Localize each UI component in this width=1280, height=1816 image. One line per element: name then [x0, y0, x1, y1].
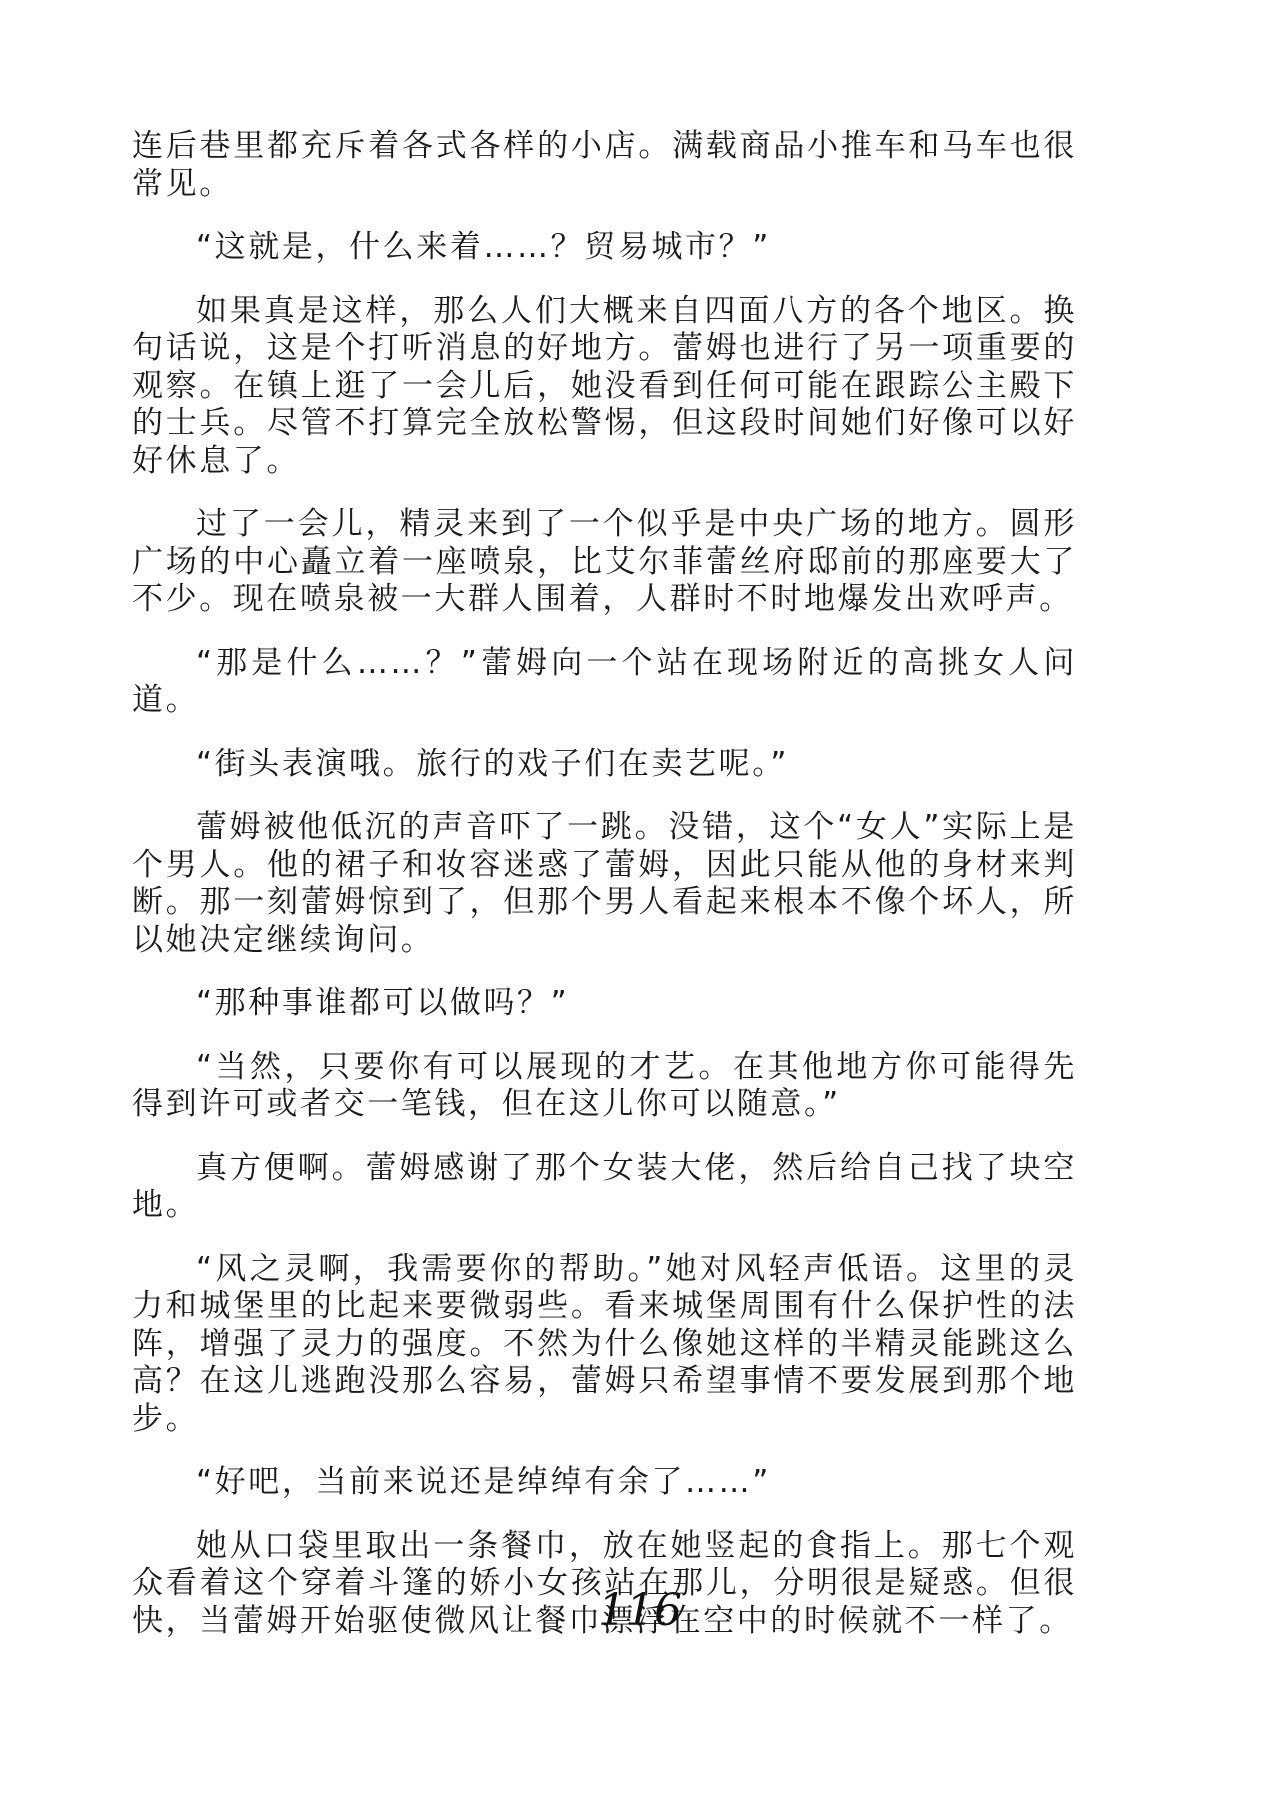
- paragraph-11: “风之灵啊，我需要你的帮助。”她对风轻声低语。这里的灵力和城堡里的比起来要微弱些…: [132, 1251, 1077, 1439]
- document-body: 连后巷里都充斥着各式各样的小店。满载商品小推车和马车也很常见。 “这就是，什么来…: [132, 128, 1077, 1666]
- paragraph-7: 蕾姆被他低沉的声音吓了一跳。没错，这个“女人”实际上是个男人。他的裙子和妆容迷惑…: [132, 809, 1077, 959]
- paragraph-3: 如果真是这样，那么人们大概来自四面八方的各个地区。换句话说，这是个打听消息的好地…: [132, 293, 1077, 481]
- paragraph-4: 过了一会儿，精灵来到了一个似乎是中央广场的地方。圆形广场的中心矗立着一座喷泉，比…: [132, 506, 1077, 619]
- paragraph-5: “那是什么……？”蕾姆向一个站在现场附近的高挑女人问道。: [132, 645, 1077, 720]
- paragraph-1: 连后巷里都充斥着各式各样的小店。满载商品小推车和马车也很常见。: [132, 128, 1077, 203]
- paragraph-12: “好吧，当前来说还是绰绰有余了……”: [132, 1464, 1077, 1502]
- paragraph-8: “那种事谁都可以做吗？”: [132, 985, 1077, 1023]
- page-number: 116: [0, 1585, 1280, 1636]
- paragraph-2: “这就是，什么来着……？贸易城市？”: [132, 229, 1077, 267]
- paragraph-10: 真方便啊。蕾姆感谢了那个女装大佬，然后给自己找了块空地。: [132, 1150, 1077, 1225]
- paragraph-6: “街头表演哦。旅行的戏子们在卖艺呢。”: [132, 746, 1077, 784]
- paragraph-9: “当然，只要你有可以展现的才艺。在其他地方你可能得先得到许可或者交一笔钱，但在这…: [132, 1049, 1077, 1124]
